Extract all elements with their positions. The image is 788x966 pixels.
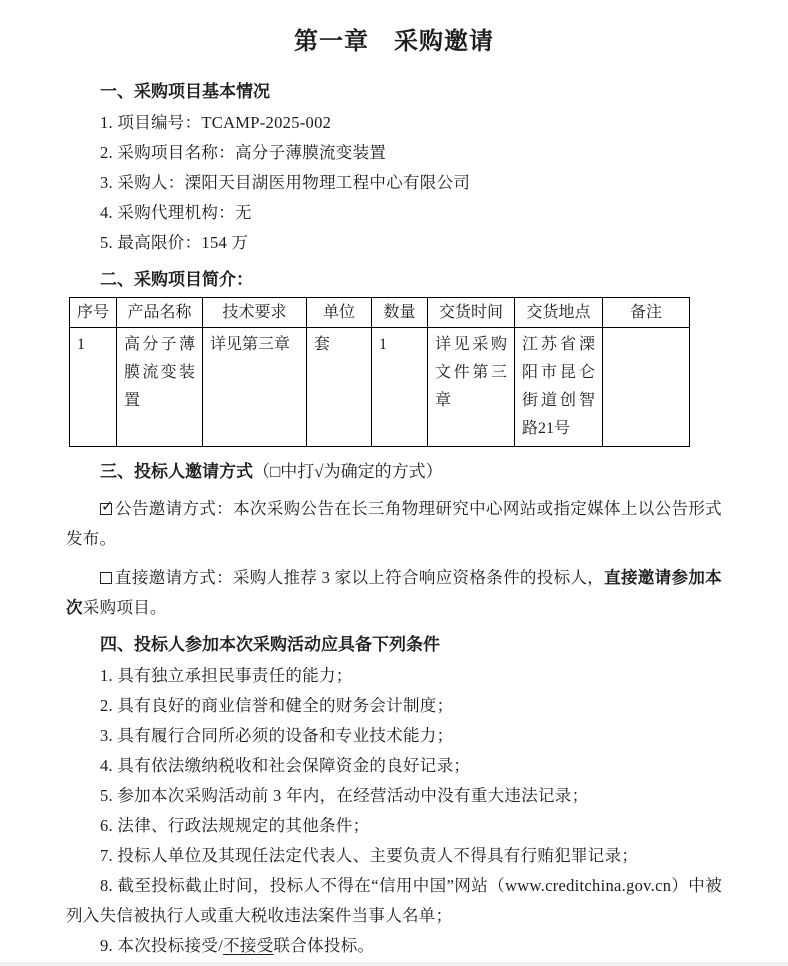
col-header-qty: 数量 <box>372 298 428 328</box>
document-page: 第一章 采购邀请 一、采购项目基本情况 1. 项目编号：TCAMP-2025-0… <box>0 0 788 966</box>
col-header-delivery-time: 交货时间 <box>428 298 515 328</box>
col-header-unit: 单位 <box>307 298 372 328</box>
cell-tech: 详见第三章 <box>203 328 307 447</box>
col-header-product: 产品名称 <box>117 298 203 328</box>
qualification-item-8: 8. 截至投标截止时间，投标人不得在“信用中国”网站（www.creditchi… <box>66 871 722 931</box>
qualification-item-5: 5. 参加本次采购活动前 3 年内，在经营活动中没有重大违法记录； <box>66 781 722 811</box>
project-intro-table: 序号 产品名称 技术要求 单位 数量 交货时间 交货地点 备注 1 高分子薄膜流… <box>69 297 690 447</box>
section-heading-invitation-method: 三、投标人邀请方式（□中打√为确定的方式） <box>66 456 722 488</box>
qualification-item-6: 6. 法律、行政法规规定的其他条件； <box>66 811 722 841</box>
section-heading-basic-info: 一、采购项目基本情况 <box>66 76 722 108</box>
cell-remark <box>603 328 690 447</box>
qualification-item-7: 7. 投标人单位及其现任法定代表人、主要负责人不得具有行贿犯罪记录； <box>66 841 722 871</box>
option-direct-text: 直接邀请方式：采购人推荐 3 家以上符合响应资格条件的投标人， <box>115 568 604 587</box>
option-direct-text-after: 采购项目。 <box>83 598 167 617</box>
cell-delivery-place: 江苏省溧阳市昆仑街道创智路21号 <box>515 328 603 447</box>
basic-info-item-agency: 4. 采购代理机构：无 <box>66 198 722 228</box>
basic-info-item-project-name: 2. 采购项目名称：高分子薄膜流变装置 <box>66 138 722 168</box>
cell-delivery-time: 详见采购文件第三章 <box>428 328 515 447</box>
basic-info-item-purchaser: 3. 采购人：溧阳天目湖医用物理工程中心有限公司 <box>66 168 722 198</box>
joint-bid-underlined: 不接受 <box>223 936 273 955</box>
col-header-seq: 序号 <box>70 298 117 328</box>
page-bottom-edge <box>0 962 788 966</box>
qualification-item-2: 2. 具有良好的商业信誉和健全的财务会计制度； <box>66 691 722 721</box>
joint-bid-prefix: 9. 本次投标接受/ <box>100 936 223 955</box>
cell-seq: 1 <box>70 328 117 447</box>
cell-qty: 1 <box>372 328 428 447</box>
col-header-tech: 技术要求 <box>203 298 307 328</box>
cell-product: 高分子薄膜流变装置 <box>117 328 203 447</box>
table-header-row: 序号 产品名称 技术要求 单位 数量 交货时间 交货地点 备注 <box>70 298 690 328</box>
basic-info-item-project-number: 1. 项目编号：TCAMP-2025-002 <box>66 108 722 138</box>
page-title: 第一章 采购邀请 <box>66 24 722 60</box>
invitation-method-heading-note: （□中打√为确定的方式） <box>253 462 443 481</box>
table-row: 1 高分子薄膜流变装置 详见第三章 套 1 详见采购文件第三章 江苏省溧阳市昆仑… <box>70 328 690 447</box>
col-header-remark: 备注 <box>603 298 690 328</box>
option-announcement-text: 公告邀请方式：本次采购公告在长三角物理研究中心网站或指定媒体上以公告形式发布。 <box>66 499 722 548</box>
invitation-method-heading-bold: 三、投标人邀请方式 <box>100 462 253 481</box>
qualification-item-4: 4. 具有依法缴纳税收和社会保障资金的良好记录； <box>66 751 722 781</box>
col-header-delivery-place: 交货地点 <box>515 298 603 328</box>
qualification-item-9: 9. 本次投标接受/不接受联合体投标。 <box>66 931 722 961</box>
checked-checkbox-icon: ✓ <box>100 503 112 515</box>
section-heading-qualification: 四、投标人参加本次采购活动应具备下列条件 <box>66 629 722 661</box>
joint-bid-suffix: 联合体投标。 <box>274 936 375 955</box>
cell-unit: 套 <box>307 328 372 447</box>
unchecked-checkbox-icon <box>100 572 112 584</box>
option-announcement: ✓公告邀请方式：本次采购公告在长三角物理研究中心网站或指定媒体上以公告形式发布。 <box>66 494 722 554</box>
qualification-item-1: 1. 具有独立承担民事责任的能力； <box>66 661 722 691</box>
option-direct: 直接邀请方式：采购人推荐 3 家以上符合响应资格条件的投标人，直接邀请参加本次采… <box>66 563 722 623</box>
basic-info-item-price-limit: 5. 最高限价：154 万 <box>66 228 722 258</box>
qualification-item-3: 3. 具有履行合同所必须的设备和专业技术能力； <box>66 721 722 751</box>
section-heading-project-intro: 二、采购项目简介： <box>66 264 722 296</box>
